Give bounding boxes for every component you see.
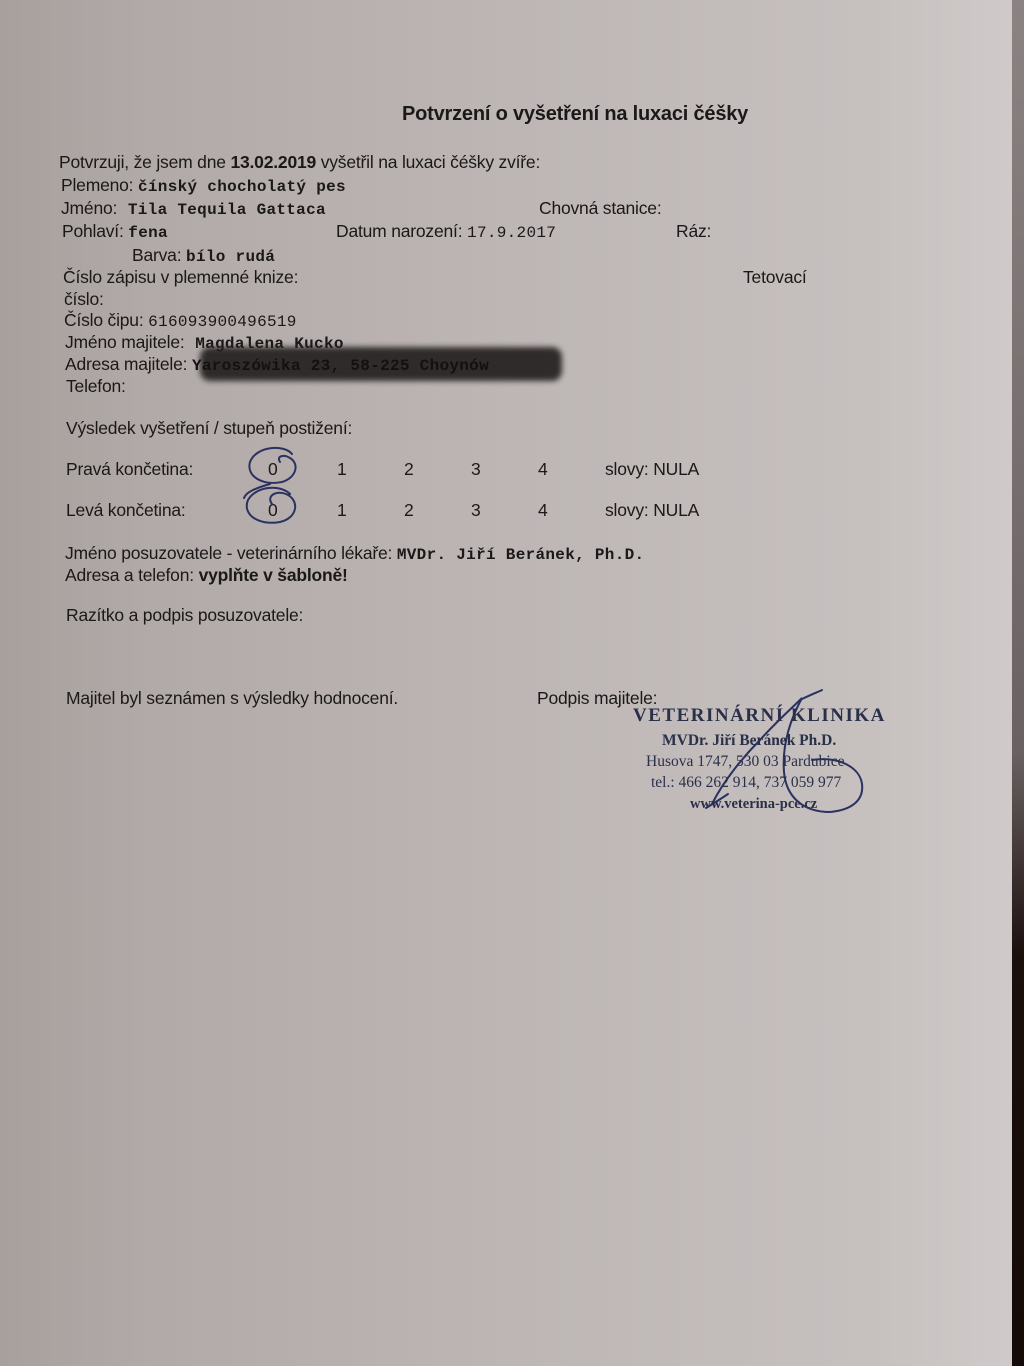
handwritten-marks	[0, 0, 1012, 1366]
stamp-doctor: MVDr. Jiří Beránek Ph.D.	[662, 732, 836, 750]
examiner-address-label: Adresa a telefon:	[65, 565, 199, 585]
examiner-field: Jméno posuzovatele - veterinárního lékař…	[65, 543, 644, 564]
stamp-address: Husova 1747, 530 03 Pardubice	[646, 753, 844, 771]
certificate-document: Potvrzení o vyšetření na luxaci čéšky Po…	[0, 0, 1012, 1366]
stamp-phone: tel.: 466 262 914, 737 059 977	[651, 774, 841, 792]
examiner-address-value: vyplňte v šabloně!	[199, 565, 348, 585]
right-grade-circle	[249, 448, 295, 483]
stamp-clinic-name: VETERINÁRNÍ KLINIKA	[633, 705, 886, 727]
examiner-label: Jméno posuzovatele - veterinárního lékař…	[65, 543, 397, 563]
examiner-address-field: Adresa a telefon: vyplňte v šabloně!	[65, 565, 348, 586]
owner-ack-text: Majitel byl seznámen s výsledky hodnocen…	[66, 688, 398, 709]
examiner-value: MVDr. Jiří Beránek, Ph.D.	[397, 546, 645, 564]
left-grade-circle	[247, 488, 295, 523]
background-edge	[1012, 0, 1024, 1366]
stamp-website: www.veterina-pce.cz	[690, 796, 817, 813]
stamp-label: Razítko a podpis posuzovatele:	[66, 605, 303, 626]
